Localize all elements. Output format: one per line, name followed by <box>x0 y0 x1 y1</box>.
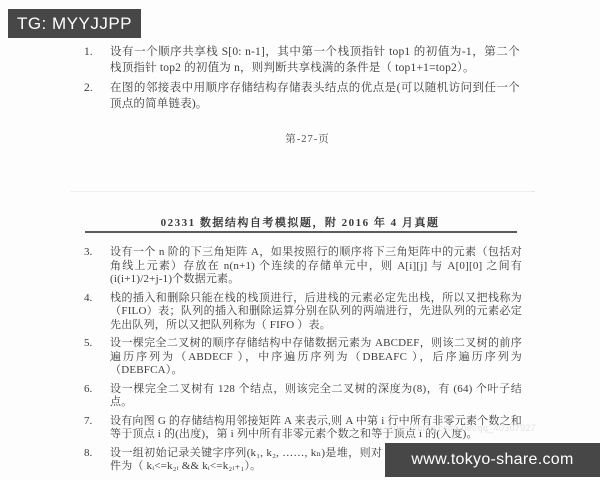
item-number: 4. <box>84 292 110 333</box>
list-item: 5. 设一棵完全二叉树的顺序存储结构中存储数据元素为 ABCDEF，则该二叉树的… <box>84 337 522 378</box>
section-header: 02331 数据结构自考模拟题，附 2016 年 4 月真题 <box>0 214 600 230</box>
list-item: 2. 在图的邻接表中用顺序存储结构存储表头结点的优点是(可以随机访问到任一个顶点… <box>84 80 520 112</box>
item-number: 3. <box>84 246 110 287</box>
page-number: 第-27-页 <box>0 131 600 146</box>
item-text: 栈的插入和删除只能在栈的栈顶进行，后进栈的元素必定先出栈，所以又把栈称为（FIL… <box>110 292 522 333</box>
section-header-underline <box>85 231 517 233</box>
scanned-document-page: TG: MYYJJPP 1. 设有一个顺序共享栈 S[0: n-1]，其中第一个… <box>0 0 600 480</box>
bottom-banner-label: www.tokyo-share.com <box>411 451 573 469</box>
list-item: 3. 设有一个 n 阶的下三角矩阵 A，如果按照行的顺序将下三角矩阵中的元素（包… <box>84 246 522 287</box>
top-banner-label: TG: MYYJJPP <box>17 14 132 34</box>
item-number: 2. <box>84 80 110 112</box>
top-watermark-banner: TG: MYYJJPP <box>8 9 141 38</box>
item-text: 设一棵完全二叉树的顺序存储结构中存储数据元素为 ABCDEF，则该二叉树的前序遍… <box>110 337 522 378</box>
list-item: 1. 设有一个顺序共享栈 S[0: n-1]，其中第一个栈顶指针 top1 的初… <box>84 44 520 76</box>
faint-url-watermark: https://blog.csdn.net/qq_40307927 <box>388 423 578 433</box>
item-text: 设一棵完全二叉树有 128 个结点，则该完全二叉树的深度为(8)，有 (64) … <box>110 383 522 410</box>
item-number: 8. <box>84 447 110 474</box>
question-list-page1: 1. 设有一个顺序共享栈 S[0: n-1]，其中第一个栈顶指针 top1 的初… <box>84 44 520 116</box>
list-item: 4. 栈的插入和删除只能在栈的栈顶进行，后进栈的元素必定先出栈，所以又把栈称为（… <box>84 292 522 333</box>
item-number: 6. <box>84 383 110 410</box>
item-text: 设有一个顺序共享栈 S[0: n-1]，其中第一个栈顶指针 top1 的初值为-… <box>110 44 520 76</box>
item-number: 5. <box>84 337 110 378</box>
item-text: 设有一个 n 阶的下三角矩阵 A，如果按照行的顺序将下三角矩阵中的元素（包括对角… <box>110 246 522 287</box>
bottom-watermark-banner: www.tokyo-share.com <box>385 443 600 477</box>
page-break-edge <box>70 191 535 192</box>
item-number: 7. <box>84 415 110 442</box>
item-number: 1. <box>84 44 110 76</box>
list-item: 6. 设一棵完全二叉树有 128 个结点，则该完全二叉树的深度为(8)，有 (6… <box>84 383 522 410</box>
item-text: 在图的邻接表中用顺序存储结构存储表头结点的优点是(可以随机访问到任一个顶点的简单… <box>110 80 520 112</box>
